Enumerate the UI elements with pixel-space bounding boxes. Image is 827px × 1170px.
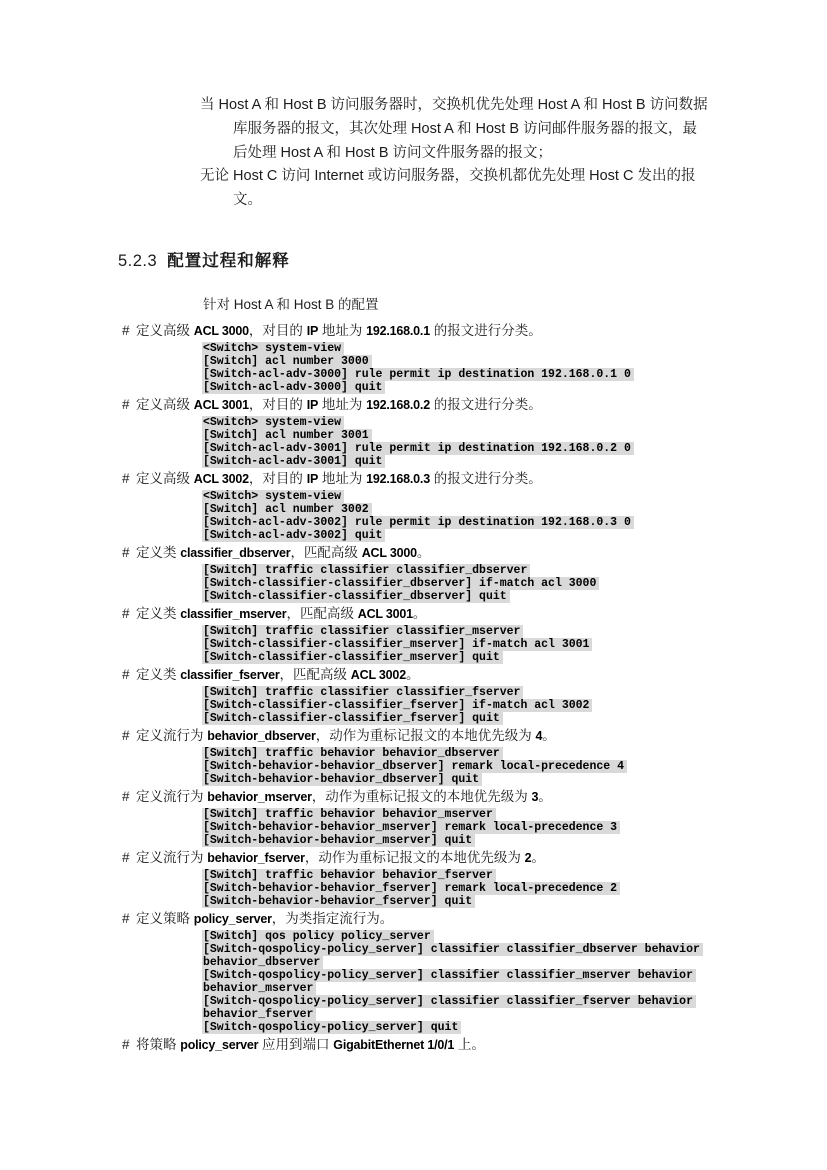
step-label-segment: ACL 3000 [194, 324, 249, 338]
step-label-segment: 的报文进行分类。 [430, 397, 542, 412]
code-line: [Switch-behavior-behavior_mserver] remar… [202, 821, 827, 834]
code-text: [Switch] acl number 3001 [202, 429, 372, 442]
step-hash-marker: # [122, 910, 136, 928]
code-text: [Switch-classifier-classifier_mserver] q… [202, 651, 503, 664]
step-label-segment: ，匹配高级 [286, 606, 357, 621]
code-block: [Switch] traffic classifier classifier_f… [202, 686, 827, 725]
step-hash-marker: # [122, 605, 136, 623]
step-label-segment: policy_server [194, 912, 272, 926]
step-label-segment: 定义高级 [136, 471, 194, 486]
code-block: [Switch] traffic behavior behavior_fserv… [202, 869, 827, 908]
step-label-segment: 192.168.0.3 [366, 472, 430, 486]
code-line: [Switch-classifier-classifier_fserver] q… [202, 712, 827, 725]
code-line: <Switch> system-view [202, 490, 827, 503]
step-label: #定义流行为 behavior_fserver，动作为重标记报文的本地优先级为 … [122, 849, 827, 867]
code-text: [Switch-acl-adv-3002] quit [202, 529, 385, 542]
intro-bullet-list: 当 Host A 和 Host B 访问服务器时，交换机优先处理 Host A … [200, 94, 710, 213]
code-line: [Switch] traffic classifier classifier_m… [202, 625, 827, 638]
code-block: [Switch] traffic behavior behavior_mserv… [202, 808, 827, 847]
code-text: [Switch-qospolicy-policy_server] classif… [202, 943, 703, 956]
code-line: [Switch-behavior-behavior_fserver] quit [202, 895, 827, 908]
step-label-segment: 定义流行为 [136, 850, 207, 865]
code-line: [Switch] acl number 3002 [202, 503, 827, 516]
code-line: [Switch-qospolicy-policy_server] quit [202, 1021, 827, 1034]
step-label-segment: behavior_mserver [207, 790, 312, 804]
step-label-segment: 地址为 [318, 397, 366, 412]
steps-list: #定义高级 ACL 3000，对目的 IP 地址为 192.168.0.1 的报… [0, 322, 827, 1054]
config-step: #定义高级 ACL 3002，对目的 IP 地址为 192.168.0.3 的报… [0, 470, 827, 542]
code-line: [Switch-classifier-classifier_mserver] q… [202, 651, 827, 664]
code-text: [Switch-behavior-behavior_dbserver] quit [202, 773, 482, 786]
code-text: [Switch] traffic classifier classifier_d… [202, 564, 530, 577]
code-text: [Switch-acl-adv-3000] quit [202, 381, 385, 394]
section-number: 5.2.3 [118, 252, 157, 270]
code-line: [Switch] traffic classifier classifier_f… [202, 686, 827, 699]
code-text: [Switch] traffic behavior behavior_fserv… [202, 869, 496, 882]
code-block: [Switch] qos policy policy_server[Switch… [202, 930, 827, 1034]
code-line: [Switch-behavior-behavior_dbserver] quit [202, 773, 827, 786]
step-label-segment: classifier_fserver [180, 668, 279, 682]
code-line: <Switch> system-view [202, 416, 827, 429]
code-line: [Switch-classifier-classifier_dbserver] … [202, 577, 827, 590]
config-step: #定义流行为 behavior_dbserver，动作为重标记报文的本地优先级为… [0, 727, 827, 786]
section-heading: 5.2.3配置过程和解释 [118, 249, 827, 273]
step-hash-marker: # [122, 396, 136, 414]
code-line: [Switch-acl-adv-3002] rule permit ip des… [202, 516, 827, 529]
code-text: [Switch-behavior-behavior_fserver] remar… [202, 882, 620, 895]
code-text: [Switch] traffic behavior behavior_mserv… [202, 808, 496, 821]
step-label-segment: GigabitEthernet 1/0/1 [333, 1038, 454, 1052]
code-text: [Switch] qos policy policy_server [202, 930, 434, 943]
step-label-segment: 定义类 [136, 667, 180, 682]
step-label-segment: 的报文进行分类。 [430, 471, 542, 486]
config-step: #定义类 classifier_mserver，匹配高级 ACL 3001。[S… [0, 605, 827, 664]
code-line: [Switch-behavior-behavior_fserver] remar… [202, 882, 827, 895]
step-label-segment: behavior_dbserver [207, 729, 315, 743]
step-label-segment: 。 [542, 728, 556, 743]
step-label-segment: IP [307, 472, 318, 486]
code-text: <Switch> system-view [202, 342, 344, 355]
code-block: [Switch] traffic classifier classifier_d… [202, 564, 827, 603]
code-text: [Switch-qospolicy-policy_server] classif… [202, 969, 696, 982]
code-text: [Switch-classifier-classifier_fserver] q… [202, 712, 503, 725]
code-line: behavior_fserver [202, 1008, 827, 1021]
config-step: #定义策略 policy_server，为类指定流行为。[Switch] qos… [0, 910, 827, 1034]
step-label-segment: 。 [417, 545, 431, 560]
step-label: #将策略 policy_server 应用到端口 GigabitEthernet… [122, 1036, 827, 1054]
step-label-segment: IP [307, 398, 318, 412]
step-label-segment: 地址为 [318, 471, 366, 486]
code-line: behavior_dbserver [202, 956, 827, 969]
step-label-segment: ，动作为重标记报文的本地优先级为 [316, 728, 536, 743]
step-label-segment: ，动作为重标记报文的本地优先级为 [305, 850, 525, 865]
code-line: behavior_mserver [202, 982, 827, 995]
step-label-segment: 地址为 [318, 323, 366, 338]
code-text: [Switch] traffic classifier classifier_m… [202, 625, 523, 638]
code-line: [Switch-qospolicy-policy_server] classif… [202, 943, 827, 956]
step-label-segment: 。 [406, 667, 420, 682]
code-text: behavior_dbserver [202, 956, 323, 969]
step-label-segment: 。 [413, 606, 427, 621]
code-line: [Switch] traffic behavior behavior_mserv… [202, 808, 827, 821]
config-step: #定义类 classifier_dbserver，匹配高级 ACL 3000。[… [0, 544, 827, 603]
code-line: [Switch-qospolicy-policy_server] classif… [202, 995, 827, 1008]
code-line: [Switch-behavior-behavior_dbserver] rema… [202, 760, 827, 773]
intro-paragraph: 无论 Host C 访问 Internet 或访问服务器，交换机都优先处理 Ho… [233, 165, 710, 213]
step-label-segment: ，动作为重标记报文的本地优先级为 [312, 789, 532, 804]
code-line: [Switch] acl number 3001 [202, 429, 827, 442]
code-line: <Switch> system-view [202, 342, 827, 355]
code-line: [Switch-acl-adv-3001] rule permit ip des… [202, 442, 827, 455]
step-label-segment: 定义策略 [136, 911, 194, 926]
step-label-segment: 定义类 [136, 545, 180, 560]
step-label: #定义流行为 behavior_dbserver，动作为重标记报文的本地优先级为… [122, 727, 827, 745]
code-block: <Switch> system-view[Switch] acl number … [202, 342, 827, 394]
step-label-segment: ACL 3001 [194, 398, 249, 412]
step-label-segment: ACL 3000 [362, 546, 417, 560]
step-hash-marker: # [122, 666, 136, 684]
step-label: #定义类 classifier_fserver，匹配高级 ACL 3002。 [122, 666, 827, 684]
step-label-segment: 定义类 [136, 606, 180, 621]
step-label-segment: 定义流行为 [136, 789, 207, 804]
step-label: #定义高级 ACL 3001，对目的 IP 地址为 192.168.0.2 的报… [122, 396, 827, 414]
step-label-segment: 。 [531, 850, 545, 865]
code-text: [Switch-classifier-classifier_mserver] i… [202, 638, 592, 651]
step-label: #定义类 classifier_dbserver，匹配高级 ACL 3000。 [122, 544, 827, 562]
config-step: #定义高级 ACL 3001，对目的 IP 地址为 192.168.0.2 的报… [0, 396, 827, 468]
config-step: #定义类 classifier_fserver，匹配高级 ACL 3002。[S… [0, 666, 827, 725]
step-label-segment: classifier_dbserver [180, 546, 290, 560]
code-line: [Switch-acl-adv-3002] quit [202, 529, 827, 542]
step-label-segment: ACL 3001 [358, 607, 413, 621]
section-title: 配置过程和解释 [167, 252, 290, 270]
step-label-segment: policy_server [180, 1038, 258, 1052]
code-text: <Switch> system-view [202, 490, 344, 503]
step-label: #定义类 classifier_mserver，匹配高级 ACL 3001。 [122, 605, 827, 623]
config-subtitle: 针对 Host A 和 Host B 的配置 [203, 295, 827, 314]
code-text: [Switch-acl-adv-3000] rule permit ip des… [202, 368, 634, 381]
step-label-segment: ，为类指定流行为。 [272, 911, 394, 926]
code-line: [Switch-classifier-classifier_dbserver] … [202, 590, 827, 603]
step-label-segment: ，对目的 [249, 323, 307, 338]
code-text: <Switch> system-view [202, 416, 344, 429]
code-text: [Switch-behavior-behavior_fserver] quit [202, 895, 475, 908]
code-block: [Switch] traffic behavior behavior_dbser… [202, 747, 827, 786]
code-text: [Switch-acl-adv-3001] rule permit ip des… [202, 442, 634, 455]
step-label-segment: ，对目的 [249, 397, 307, 412]
step-label-segment: 定义流行为 [136, 728, 207, 743]
step-label: #定义流行为 behavior_mserver，动作为重标记报文的本地优先级为 … [122, 788, 827, 806]
code-text: [Switch-qospolicy-policy_server] classif… [202, 995, 696, 1008]
code-text: behavior_mserver [202, 982, 316, 995]
step-label-segment: 将策略 [136, 1037, 180, 1052]
code-text: [Switch-classifier-classifier_dbserver] … [202, 577, 599, 590]
code-text: behavior_fserver [202, 1008, 316, 1021]
code-line: [Switch-acl-adv-3000] quit [202, 381, 827, 394]
step-label-segment: behavior_fserver [207, 851, 305, 865]
step-label-segment: 定义高级 [136, 323, 194, 338]
code-line: [Switch-classifier-classifier_mserver] i… [202, 638, 827, 651]
step-label-segment: ，匹配高级 [290, 545, 361, 560]
step-label-segment: 。 [538, 789, 552, 804]
code-block: [Switch] traffic classifier classifier_m… [202, 625, 827, 664]
step-label-segment: 应用到端口 [258, 1037, 333, 1052]
intro-paragraph: 当 Host A 和 Host B 访问服务器时，交换机优先处理 Host A … [233, 94, 710, 165]
code-block: <Switch> system-view[Switch] acl number … [202, 490, 827, 542]
config-step: #定义流行为 behavior_mserver，动作为重标记报文的本地优先级为 … [0, 788, 827, 847]
code-text: [Switch] traffic classifier classifier_f… [202, 686, 523, 699]
code-line: [Switch-acl-adv-3001] quit [202, 455, 827, 468]
code-text: [Switch-classifier-classifier_fserver] i… [202, 699, 592, 712]
code-text: [Switch] acl number 3000 [202, 355, 372, 368]
step-label: #定义策略 policy_server，为类指定流行为。 [122, 910, 827, 928]
code-line: [Switch-qospolicy-policy_server] classif… [202, 969, 827, 982]
code-line: [Switch] traffic behavior behavior_dbser… [202, 747, 827, 760]
code-text: [Switch-acl-adv-3001] quit [202, 455, 385, 468]
config-step: #将策略 policy_server 应用到端口 GigabitEthernet… [0, 1036, 827, 1054]
step-hash-marker: # [122, 727, 136, 745]
step-label-segment: 定义高级 [136, 397, 194, 412]
step-label-segment: ，匹配高级 [280, 667, 351, 682]
code-text: [Switch-behavior-behavior_mserver] quit [202, 834, 475, 847]
step-hash-marker: # [122, 1036, 136, 1054]
step-hash-marker: # [122, 849, 136, 867]
document-page: 当 Host A 和 Host B 访问服务器时，交换机优先处理 Host A … [0, 0, 827, 1170]
config-step: #定义流行为 behavior_fserver，动作为重标记报文的本地优先级为 … [0, 849, 827, 908]
step-label-segment: IP [307, 324, 318, 338]
step-label-segment: 的报文进行分类。 [430, 323, 542, 338]
step-label-segment: ACL 3002 [351, 668, 406, 682]
step-label-segment: 上。 [454, 1037, 485, 1052]
config-step: #定义高级 ACL 3000，对目的 IP 地址为 192.168.0.1 的报… [0, 322, 827, 394]
code-line: [Switch] qos policy policy_server [202, 930, 827, 943]
code-text: [Switch] traffic behavior behavior_dbser… [202, 747, 503, 760]
step-label: #定义高级 ACL 3000，对目的 IP 地址为 192.168.0.1 的报… [122, 322, 827, 340]
code-line: [Switch-acl-adv-3000] rule permit ip des… [202, 368, 827, 381]
step-label-segment: classifier_mserver [180, 607, 286, 621]
code-text: [Switch-behavior-behavior_mserver] remar… [202, 821, 620, 834]
code-line: [Switch] traffic classifier classifier_d… [202, 564, 827, 577]
code-line: [Switch] acl number 3000 [202, 355, 827, 368]
code-text: [Switch-behavior-behavior_dbserver] rema… [202, 760, 627, 773]
code-line: [Switch] traffic behavior behavior_fserv… [202, 869, 827, 882]
step-label: #定义高级 ACL 3002，对目的 IP 地址为 192.168.0.3 的报… [122, 470, 827, 488]
code-block: <Switch> system-view[Switch] acl number … [202, 416, 827, 468]
code-text: [Switch-acl-adv-3002] rule permit ip des… [202, 516, 634, 529]
step-hash-marker: # [122, 788, 136, 806]
code-text: [Switch-qospolicy-policy_server] quit [202, 1021, 461, 1034]
step-hash-marker: # [122, 322, 136, 340]
code-line: [Switch-behavior-behavior_mserver] quit [202, 834, 827, 847]
code-text: [Switch-classifier-classifier_dbserver] … [202, 590, 510, 603]
step-hash-marker: # [122, 470, 136, 488]
step-hash-marker: # [122, 544, 136, 562]
step-label-segment: 192.168.0.1 [366, 324, 430, 338]
step-label-segment: ，对目的 [249, 471, 307, 486]
step-label-segment: 192.168.0.2 [366, 398, 430, 412]
code-line: [Switch-classifier-classifier_fserver] i… [202, 699, 827, 712]
step-label-segment: ACL 3002 [194, 472, 249, 486]
code-text: [Switch] acl number 3002 [202, 503, 372, 516]
